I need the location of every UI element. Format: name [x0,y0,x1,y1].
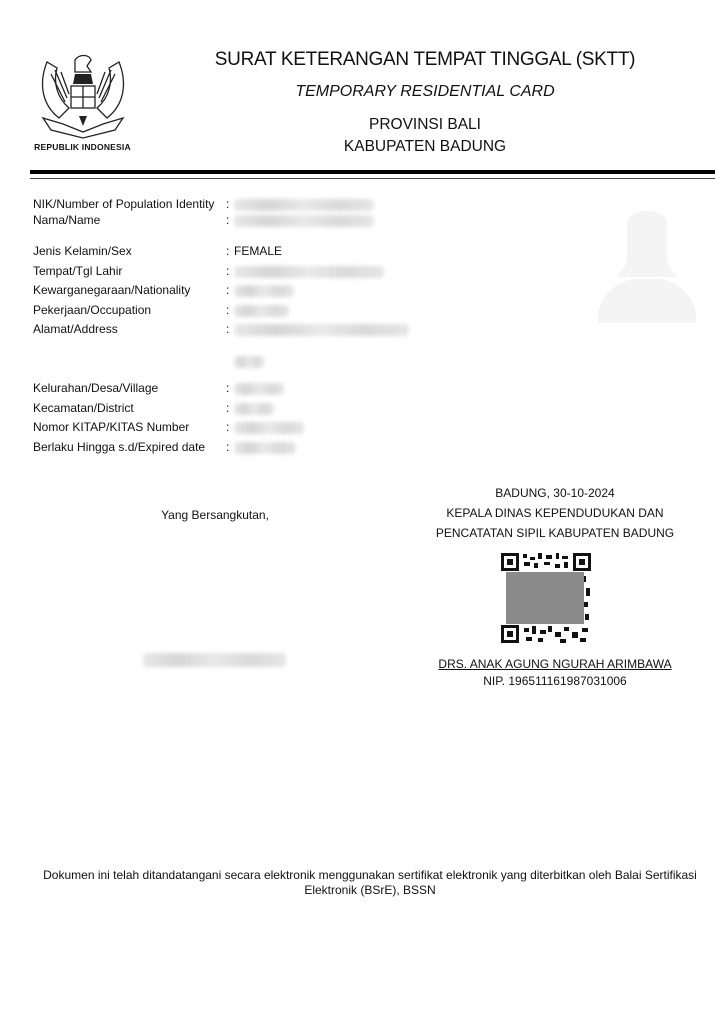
regency-name: KABUPATEN BADUNG [140,138,710,156]
field-label: Nomor KITAP/KITAS Number [33,420,226,434]
field-colon: : [226,303,234,317]
document-subtitle: TEMPORARY RESIDENTIAL CARD [140,83,710,101]
field-label: NIK/Number of Population Identity [33,197,226,211]
national-emblem: REPUBLIK INDONESIA [30,52,135,156]
field-label: Pekerjaan/Occupation [33,303,226,317]
field-row: Kecamatan/District: [33,401,274,415]
field-row: Alamat/Address: [33,322,409,336]
field-value: FEMALE [234,244,282,258]
field-label: Alamat/Address [33,322,226,336]
holder-name-redacted [143,653,286,667]
field-row: Jenis Kelamin/Sex:FEMALE [33,244,282,258]
field-row: Pekerjaan/Occupation: [33,303,289,317]
field-row: Kelurahan/Desa/Village: [33,381,284,395]
field-value-redacted [234,215,374,227]
field-label: Tempat/Tgl Lahir [33,264,226,278]
place-date: BADUNG, 30-10-2024 [400,486,710,500]
field-value-redacted [234,324,409,336]
field-row: Nomor KITAP/KITAS Number: [33,420,304,434]
field-label: Jenis Kelamin/Sex [33,244,226,258]
field-value-redacted [234,305,289,317]
holder-signature-label: Yang Bersangkutan, [110,508,320,522]
field-colon: : [226,213,234,227]
header-divider-thick [30,170,715,174]
field-colon: : [226,283,234,297]
qr-code-icon [500,552,592,644]
emblem-caption: REPUBLIK INDONESIA [30,142,135,152]
field-colon: : [226,381,234,395]
field-colon: : [226,244,234,258]
field-value-redacted [234,199,374,211]
province-name: PROVINSI BALI [140,116,710,134]
field-value-redacted [234,422,304,434]
field-row: Berlaku Hingga s.d/Expired date: [33,440,296,454]
official-title-line1: KEPALA DINAS KEPENDUDUKAN DAN [400,506,710,520]
field-label: Nama/Name [33,213,226,227]
field-value-redacted [234,266,384,278]
notice-line-2: Elektronik (BSrE), BSSN [30,883,710,898]
field-row: Kewarganegaraan/Nationality: [33,283,294,297]
female-avatar-icon [592,205,702,325]
field-value-redacted [234,285,294,297]
photo-placeholder [592,205,702,325]
field-colon: : [226,420,234,434]
field-colon: : [226,401,234,415]
field-row: Nama/Name: [33,213,374,227]
header-divider-thin [30,178,715,179]
field-label: Kelurahan/Desa/Village [33,381,226,395]
field-colon: : [226,322,234,336]
field-colon: : [226,440,234,454]
notice-line-1: Dokumen ini telah ditandatangani secara … [30,868,710,883]
field-label: Kewarganegaraan/Nationality [33,283,226,297]
field-value-redacted [234,356,264,368]
field-value-redacted [234,403,274,415]
official-nip: NIP. 196511161987031006 [400,674,710,688]
field-row: NIK/Number of Population Identity: [33,197,374,211]
field-colon: : [226,264,234,278]
field-value-redacted [234,442,296,454]
document-title: SURAT KETERANGAN TEMPAT TINGGAL (SKTT) [140,49,710,71]
address-line-2-redacted [234,354,264,368]
e-signature-notice: Dokumen ini telah ditandatangani secara … [30,868,710,898]
field-label: Berlaku Hingga s.d/Expired date [33,440,226,454]
field-label: Kecamatan/District [33,401,226,415]
field-value-redacted [234,383,284,395]
official-title-line2: PENCATATAN SIPIL KABUPATEN BADUNG [400,526,710,540]
official-name: DRS. ANAK AGUNG NGURAH ARIMBAWA [400,657,710,671]
field-row: Tempat/Tgl Lahir: [33,264,384,278]
garuda-emblem-icon [35,52,131,144]
field-colon: : [226,197,234,211]
qr-code [500,552,592,644]
